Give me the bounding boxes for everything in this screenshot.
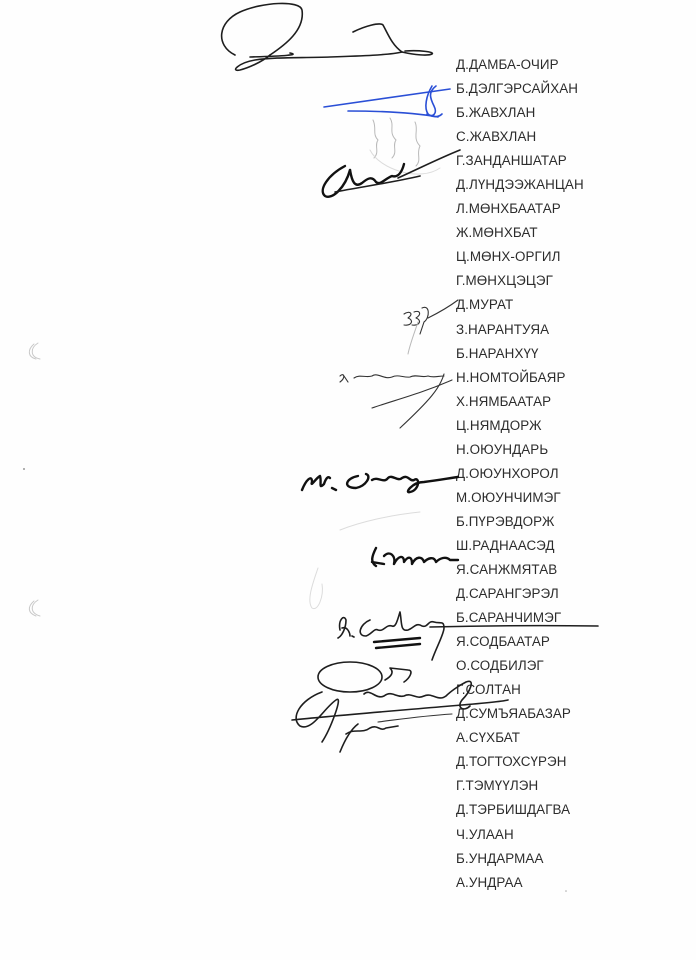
name-row: Ц.МӨНХ-ОРГИЛ (456, 245, 584, 269)
name-row: Б.ПҮРЭВДОРЖ (456, 510, 584, 534)
signature-damba-ochir (222, 3, 433, 70)
member-name-list: Д.ДАМБА-ОЧИР Б.ДЭЛГЭРСАЙХАН Б.ЖАВХЛАН С.… (456, 53, 584, 895)
name-row: А.СҮХБАТ (456, 726, 584, 750)
name-row: Б.УНДАРМАА (456, 847, 584, 871)
name-row: Б.ЖАВХЛАН (456, 101, 584, 125)
signature-oyunchimeg (302, 474, 458, 492)
signature-sanjmyatav (310, 512, 458, 609)
name-row: Я.САНЖМЯТАВ (456, 558, 584, 582)
name-row: Д.СУМЪЯАБАЗАР (456, 702, 584, 726)
signature-narantuya (404, 300, 458, 354)
name-row: Д.ЛҮНДЭЭЖАНЦАН (456, 173, 584, 197)
name-row: Б.САРАНЧИМЭГ (456, 606, 584, 630)
name-row: Д.ДАМБА-ОЧИР (456, 53, 584, 77)
signature-delgersaikhan (324, 86, 450, 117)
name-row: Д.САРАНГЭРЭЛ (456, 582, 584, 606)
name-row: Ч.УЛААН (456, 823, 584, 847)
name-row: Д.ОЮУНХОРОЛ (456, 462, 584, 486)
faint-signature-zhavkhlan (370, 118, 440, 174)
name-row: Ц.НЯМДОРЖ (456, 414, 584, 438)
name-row: С.ЖАВХЛАН (456, 125, 584, 149)
name-row: Д.МУРАТ (456, 293, 584, 317)
name-row: Ж.МӨНХБАТ (456, 221, 584, 245)
name-row: Л.МӨНХБААТАР (456, 197, 584, 221)
name-row: Г.ЗАНДАНШАТАР (456, 149, 584, 173)
name-row: Н.НОМТОЙБАЯР (456, 366, 584, 390)
name-row: Ш.РАДНААСЭД (456, 534, 584, 558)
name-row: Я.СОДБААТАР (456, 630, 584, 654)
signatures-layer (0, 0, 696, 960)
margin-marks (0, 0, 696, 960)
punch-hole-mark-bottom (32, 600, 40, 616)
name-row: Г.СОЛТАН (456, 678, 584, 702)
signature-page: Д.ДАМБА-ОЧИР Б.ДЭЛГЭРСАЙХАН Б.ЖАВХЛАН С.… (0, 0, 696, 960)
signature-loop (318, 662, 382, 692)
name-row: Д.ТЭРБИШДАГВА (456, 798, 584, 822)
name-row: Б.НАРАНХҮҮ (456, 342, 584, 366)
name-row: Г.МӨНХЦЭЦЭГ (456, 269, 584, 293)
signature-zandanshatar (323, 150, 460, 197)
name-row: М.ОЮУНЧИМЭГ (456, 486, 584, 510)
name-row: Д.ТОГТОХСҮРЭН (456, 750, 584, 774)
name-row: О.СОДБИЛЭГ (456, 654, 584, 678)
name-row: Г.ТЭМҮҮЛЭН (456, 774, 584, 798)
speck (23, 468, 25, 470)
name-row: Х.НЯМБААТАР (456, 390, 584, 414)
name-row: Б.ДЭЛГЭРСАЙХАН (456, 77, 584, 101)
name-row: А.УНДРАА (456, 871, 584, 895)
name-row: Н.ОЮУНДАРЬ (456, 438, 584, 462)
punch-hole-mark-top (32, 343, 40, 359)
name-row: З.НАРАНТУЯА (456, 318, 584, 342)
signature-nyambaatar (340, 374, 452, 428)
